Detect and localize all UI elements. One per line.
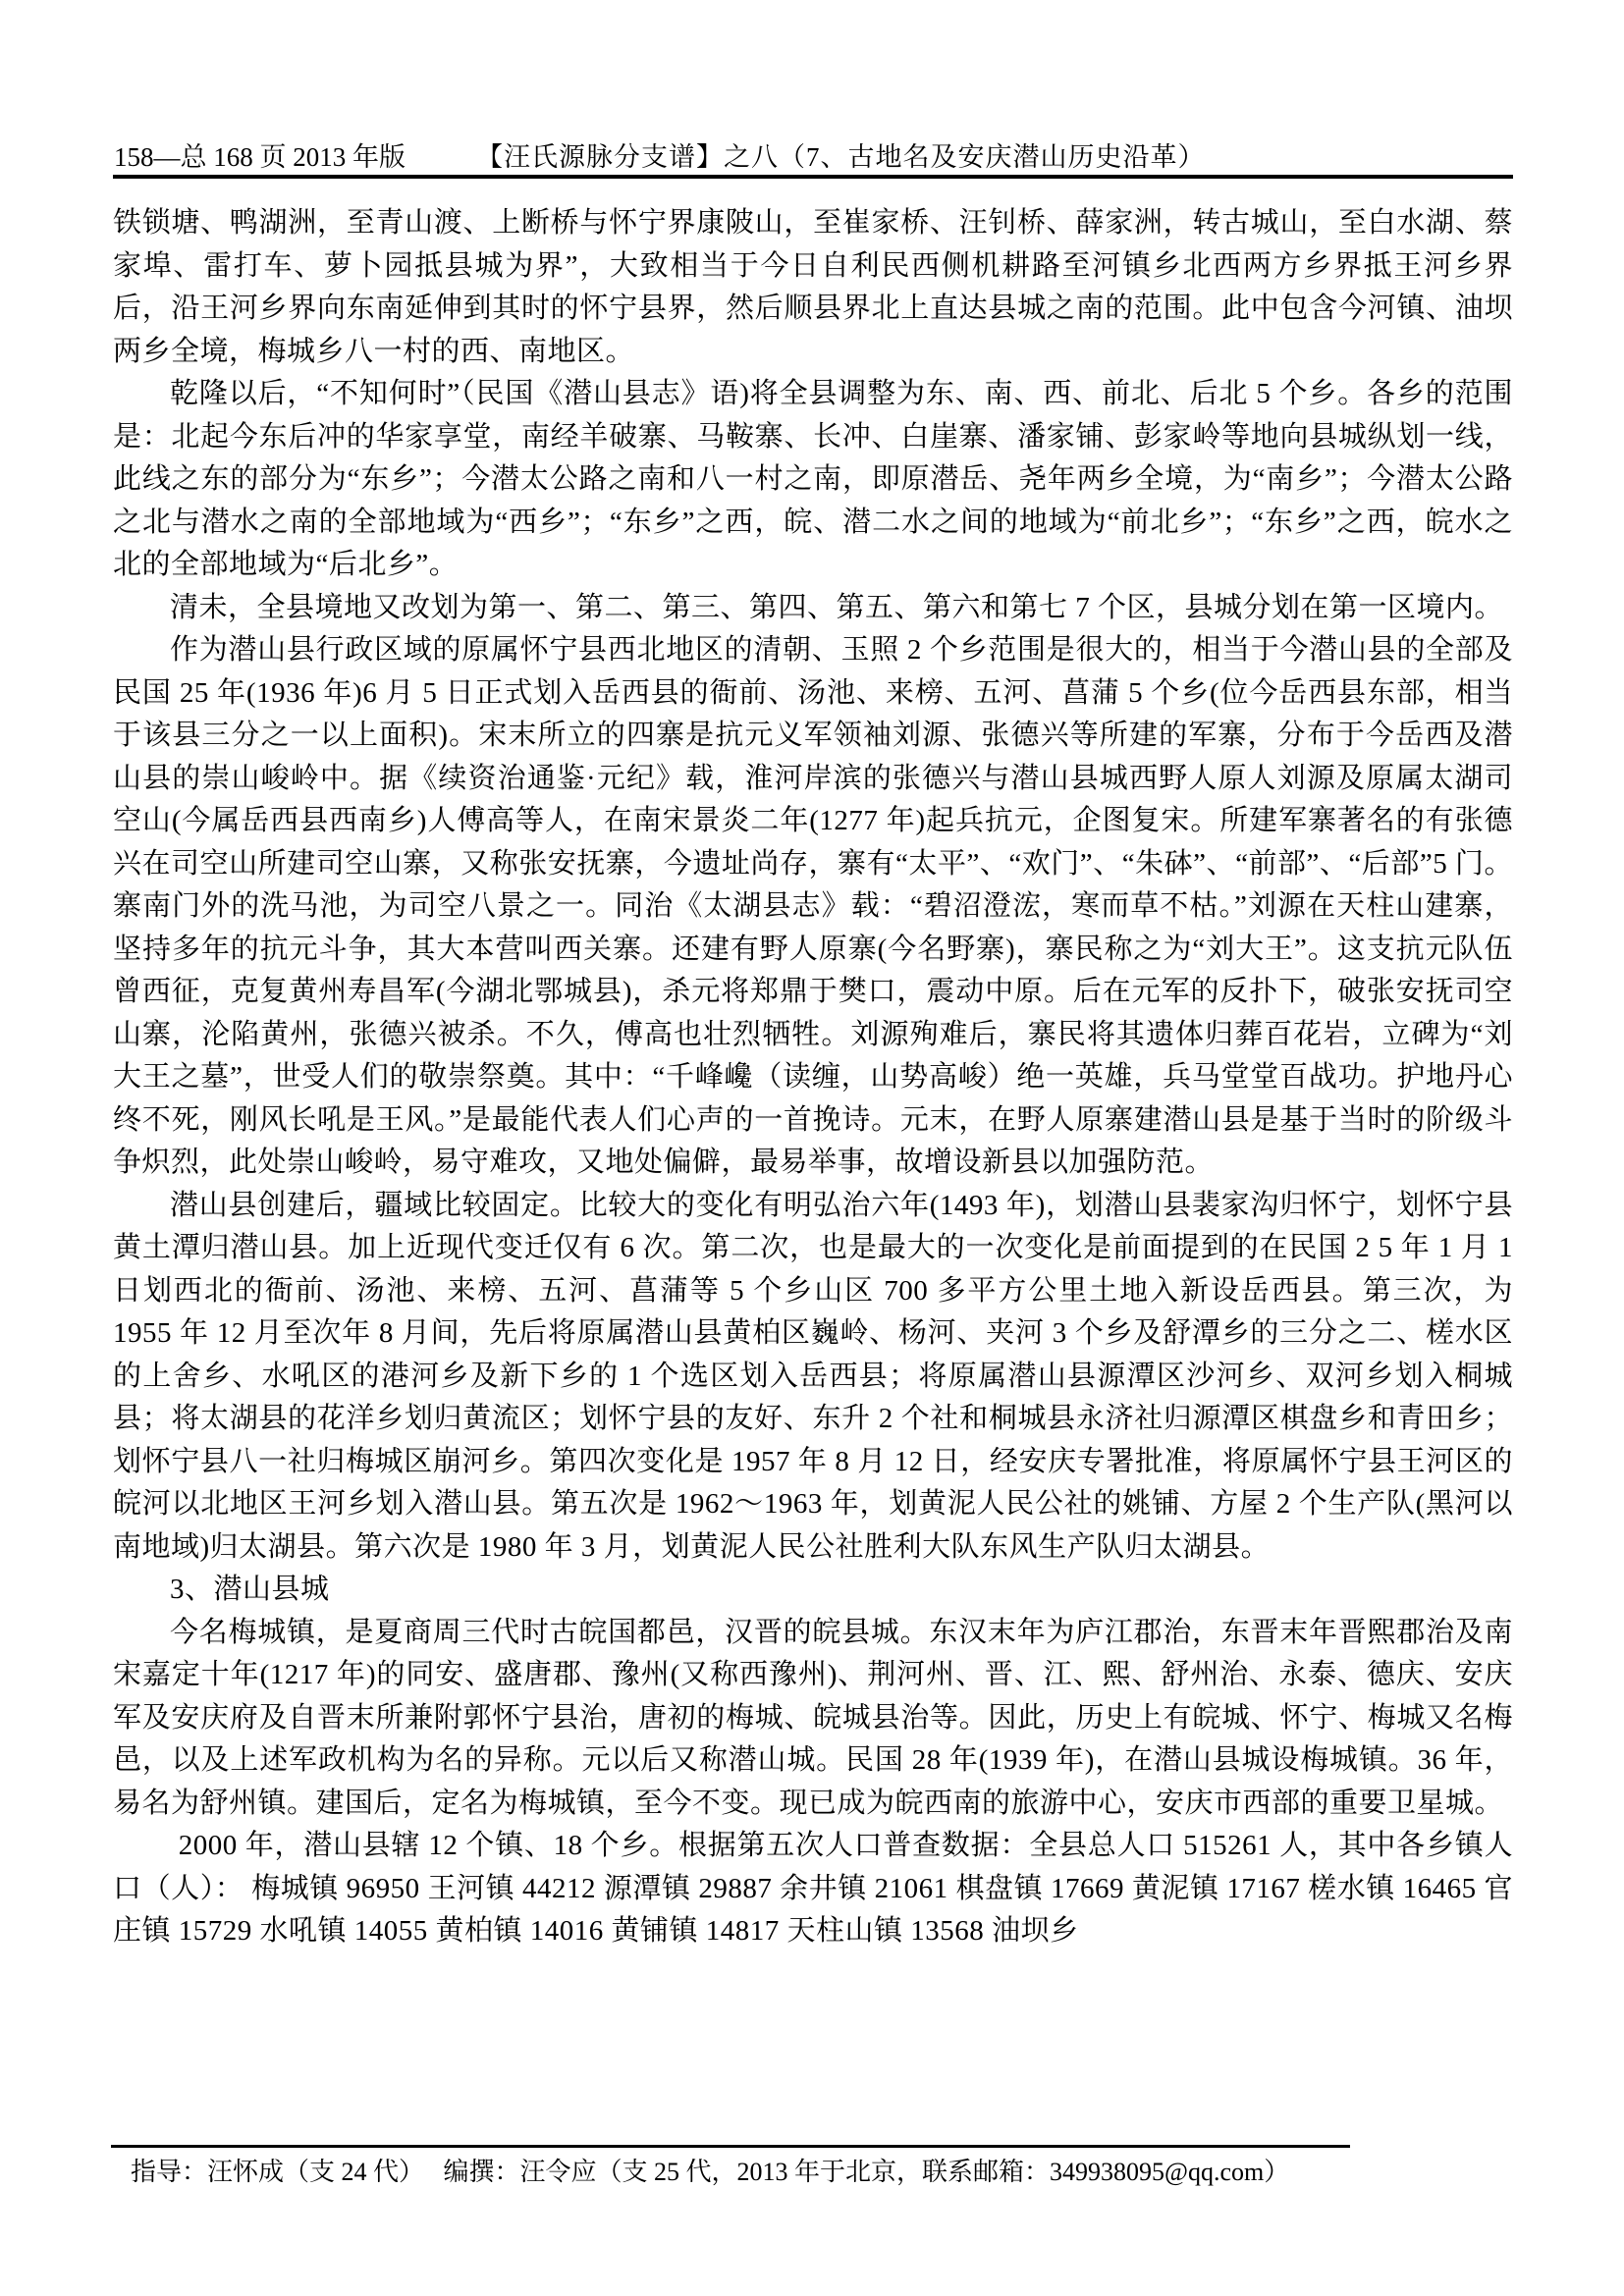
footer-divider — [111, 2145, 1350, 2148]
paragraph-late-qing-districts: 清未，全县境地又改划为第一、第二、第三、第四、第五、第六和第七 7 个区，县城分… — [113, 587, 1513, 630]
paragraph-qianlong-townships: 乾隆以后，“不知何时”（民国《潜山县志》语)将全县调整为东、南、西、前北、后北 … — [113, 373, 1513, 587]
page-footer: 指导：汪怀成（支 24 代） 编撰：汪令应（支 25 代，2013 年于北京，联… — [131, 2156, 1512, 2189]
paragraph-song-forts-history: 作为潜山县行政区域的原属怀宁县西北地区的清朝、玉照 2 个乡范围是很大的，相当于… — [113, 629, 1513, 1185]
header-page-info: 158—总 168 页 2013 年版 — [114, 135, 406, 174]
document-page: 158—总 168 页 2013 年版 【汪氏源脉分支谱】之八（7、古地名及安庆… — [0, 0, 1624, 2296]
header-divider — [113, 175, 1513, 179]
header-title: 【汪氏源脉分支谱】之八（7、古地名及安庆潜山历史沿革） — [476, 135, 1206, 174]
document-body: 铁锁塘、鸭湖洲，至青山渡、上断桥与怀宁界康陂山，至崔家桥、汪钊桥、薛家洲，转古城… — [113, 202, 1513, 2131]
paragraph-census-2000: 2000 年，潜山县辖 12 个镇、18 个乡。根据第五次人口普查数据：全县总人… — [113, 1825, 1513, 1953]
paragraph-continuation: 铁锁塘、鸭湖洲，至青山渡、上断桥与怀宁界康陂山，至崔家桥、汪钊桥、薛家洲，转古城… — [113, 202, 1513, 373]
paragraph-boundary-changes: 潜山县创建后，疆域比较固定。比较大的变化有明弘治六年(1493 年)，划潜山县裴… — [113, 1185, 1513, 1570]
footer-credits-text: 指导：汪怀成（支 24 代） 编撰：汪令应（支 25 代，2013 年于北京，联… — [131, 2158, 1289, 2186]
section-heading-qianshan-county-seat: 3、潜山县城 — [113, 1569, 1513, 1612]
paragraph-meicheng-history: 今名梅城镇，是夏商周三代时古皖国都邑，汉晋的皖县城。东汉末年为庐江郡治，东晋末年… — [113, 1612, 1513, 1826]
page-header: 158—总 168 页 2013 年版 【汪氏源脉分支谱】之八（7、古地名及安庆… — [114, 135, 1512, 174]
